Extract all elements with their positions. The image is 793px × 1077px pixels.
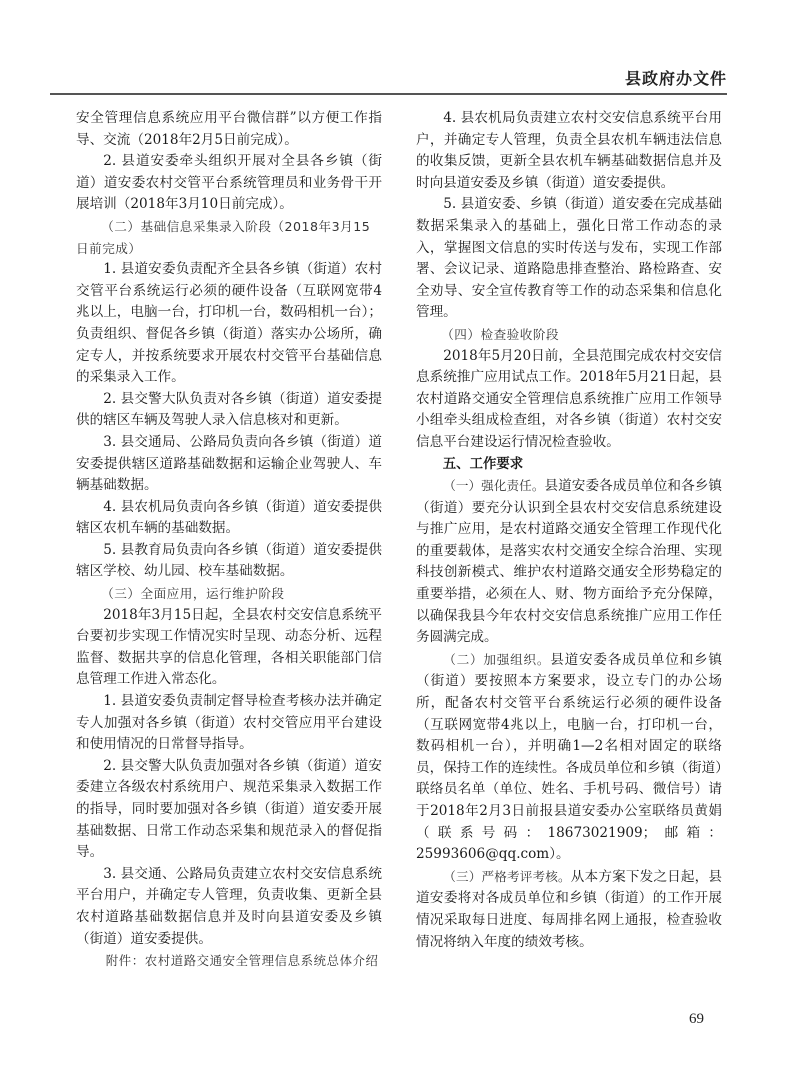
section-heading: 五、工作要求 (416, 454, 722, 476)
paragraph: （一）强化责任。县道安委各成员单位和各乡镇（街道）要充分认识到全县农村交安信息系… (416, 475, 722, 649)
paragraph: 5. 县道安委、乡镇（街道）道安委在完成基础数据采集录入的基础上，强化日常工作动… (416, 194, 722, 324)
paragraph-label: （三）严格考评考核。 (443, 869, 571, 884)
paragraph: 5. 县教育局负责向各乡镇（街道）道安委提供辖区学校、幼儿园、校车基础数据。 (76, 540, 382, 583)
paragraph: 1. 县道安委负责制定督导检查考核办法并确定专人加强对各乡镇（街道）农村交管应用… (76, 691, 382, 756)
left-column: 安全管理信息系统应用平台微信群”以方便工作指导、交流（2018年2月5日前完成）… (76, 108, 382, 972)
right-column: 4. 县农机局负责建立农村交安信息系统平台用户，并确定专人管理，负责全县农机车辆… (416, 108, 722, 953)
paragraph: 3. 县交通局、公路局负责向各乡镇（街道）道安委提供辖区道路基础数据和运输企业驾… (76, 432, 382, 497)
paragraph: 4. 县农机局负责建立农村交安信息系统平台用户，并确定专人管理，负责全县农机车辆… (416, 108, 722, 194)
paragraph-text: 县道安委各成员单位和各乡镇（街道）要充分认识到全县农村交安信息系统建设与推广应用… (416, 478, 722, 645)
paragraph: （二）加强组织。县道安委各成员单位和乡镇（街道）要按照本方案要求，设立专门的办公… (416, 649, 722, 866)
subsection-heading: （三）全面应用，运行维护阶段 (76, 583, 382, 605)
paragraph: 2018年3月15日起，全县农村交安信息系统平台要初步实现工作情况实时呈现、动态… (76, 605, 382, 691)
page-header-title: 县政府办文件 (625, 66, 727, 89)
paragraph: 2018年5月20日前，全县范围完成农村交安信息系统推广应用试点工作。2018年… (416, 346, 722, 454)
paragraph-text: 县道安委各成员单位和乡镇（街道）要按照本方案要求，设立专门的办公场所，配备农村交… (416, 652, 722, 862)
header-divider (50, 93, 727, 95)
attachment-note: 附件：农村道路交通安全管理信息系统总体介绍 (76, 950, 382, 972)
paragraph-label: （二）加强组织。 (443, 652, 550, 667)
paragraph: （三）严格考评考核。从本方案下发之日起，县道安委将对各成员单位和乡镇（街道）的工… (416, 866, 722, 953)
paragraph: 2. 县交警大队负责对各乡镇（街道）道安委提供的辖区车辆及驾驶人录入信息核对和更… (76, 389, 382, 432)
subsection-heading: （四）检查验收阶段 (416, 324, 722, 346)
paragraph: 1. 县道安委负责配齐全县各乡镇（街道）农村交管平台系统运行必须的硬件设备（互联… (76, 259, 382, 389)
subsection-heading: （二）基础信息采集录入阶段（2018年3月15日前完成） (76, 216, 382, 259)
paragraph: 3. 县交通、公路局负责建立农村交安信息系统平台用户，并确定专人管理，负责收集、… (76, 864, 382, 950)
paragraph-label: （一）强化责任。 (443, 478, 544, 493)
page-number: 69 (689, 1011, 704, 1028)
paragraph: 安全管理信息系统应用平台微信群”以方便工作指导、交流（2018年2月5日前完成）… (76, 108, 382, 151)
paragraph: 2. 县交警大队负责加强对各乡镇（街道）道安委建立各级农村系统用户、规范采集录入… (76, 756, 382, 864)
paragraph: 2. 县道安委牵头组织开展对全县各乡镇（街道）道安委农村交管平台系统管理员和业务… (76, 151, 382, 216)
paragraph: 4. 县农机局负责向各乡镇（街道）道安委提供辖区农机车辆的基础数据。 (76, 497, 382, 540)
